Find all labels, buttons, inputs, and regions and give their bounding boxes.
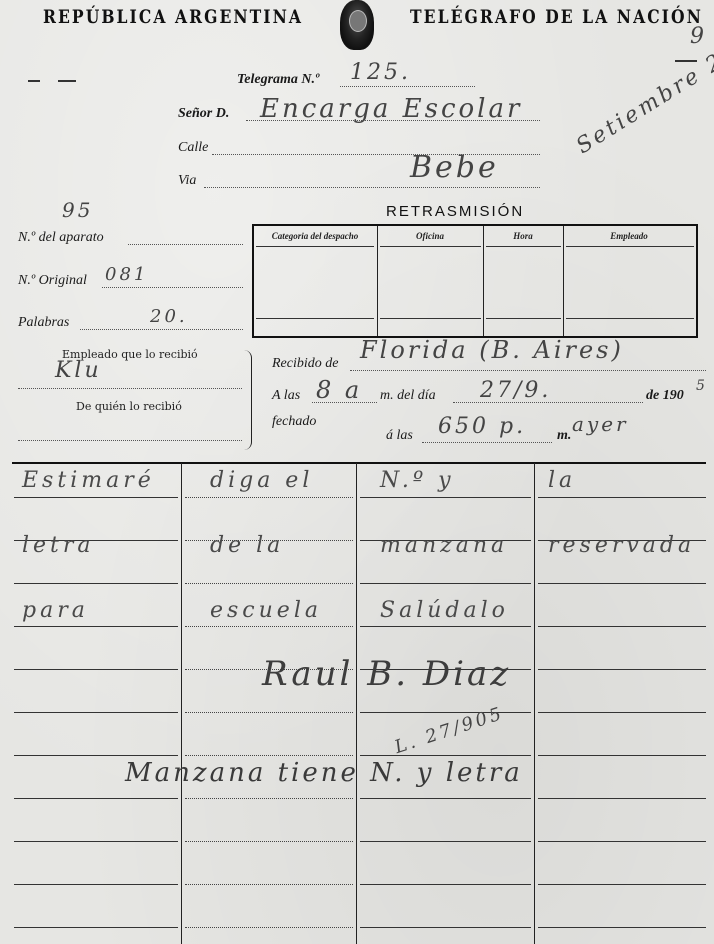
column-header: Empleado [564, 231, 694, 241]
ruled-line [14, 626, 178, 627]
at-value: 8 a [316, 376, 362, 404]
message-word: letra [22, 533, 95, 558]
annotation-note: Manzana tiene N. y letra [125, 758, 523, 788]
original-label: N.º Original [18, 273, 87, 289]
ruled-line [538, 497, 706, 498]
column-divider [181, 463, 182, 944]
ruled-line [185, 626, 353, 627]
year-value: 5 [696, 378, 708, 394]
ruled-line [14, 927, 178, 928]
ruled-line [538, 927, 706, 928]
message-word: manzana [380, 533, 508, 558]
margin-dash [58, 80, 76, 82]
street-label: Calle [178, 140, 208, 156]
message-word: escuela [210, 598, 322, 623]
original-value: 081 [105, 264, 148, 285]
message-word: de la [210, 533, 284, 558]
ruled-line [538, 712, 706, 713]
ruled-line [14, 798, 178, 799]
apparatus-line [128, 244, 243, 245]
ruled-line [360, 583, 531, 584]
apparatus-label: N.º del aparato [18, 230, 104, 246]
original-line [102, 287, 243, 288]
column-header: Oficina [378, 231, 482, 241]
message-word: la [548, 468, 576, 493]
at-label: A las [272, 388, 300, 404]
column-divider [356, 463, 357, 944]
ruled-line [14, 497, 178, 498]
column-header: Categoria del despacho [256, 231, 374, 241]
ruled-line [538, 884, 706, 885]
header-left-title: REPÚBLICA ARGENTINA [43, 6, 303, 28]
ruled-line [538, 583, 706, 584]
recipient-label: Señor D. [178, 106, 229, 122]
ruled-line [185, 583, 353, 584]
ruled-line [14, 841, 178, 842]
ruled-line [14, 712, 178, 713]
via-value: Bebe [410, 150, 499, 185]
ruled-line [14, 755, 178, 756]
brace-divider [243, 350, 252, 450]
page-number: 9 [690, 24, 707, 49]
dated-at-line [422, 442, 552, 443]
ruled-line [14, 884, 178, 885]
ruled-line [185, 884, 353, 885]
words-value: 20. [150, 306, 188, 327]
ruled-line [538, 626, 706, 627]
signature: Raul B. Diaz [262, 654, 511, 694]
ruled-line [185, 712, 353, 713]
recipient-value: Encarga Escolar [260, 94, 522, 124]
message-word: para [22, 598, 89, 623]
ruled-line [538, 669, 706, 670]
received-from-label: Recibido de [272, 356, 338, 372]
words-label: Palabras [18, 315, 69, 331]
dated-suffix-label: m. [557, 428, 571, 444]
telegram-number-label: Telegrama N.º [237, 72, 319, 88]
coat-of-arms-icon [340, 0, 374, 50]
column-divider [534, 463, 535, 944]
apparatus-value: 95 [62, 198, 93, 222]
via-line [204, 187, 540, 188]
message-top-rule [12, 462, 706, 464]
day-label: m. del día [380, 388, 436, 404]
employee-line [18, 388, 242, 389]
ruled-line [360, 884, 531, 885]
column-header: Hora [484, 231, 562, 241]
received-from-line [350, 370, 706, 371]
message-word: Estimaré [22, 468, 155, 493]
ruled-line [538, 798, 706, 799]
retransmission-table: Categoria del despacho Oficina Hora Empl… [252, 224, 698, 338]
dated-suffix-value: ayer [572, 412, 629, 436]
message-word: Salúdalo [380, 598, 509, 623]
ruled-line [360, 712, 531, 713]
ruled-line [360, 841, 531, 842]
day-value: 27/9. [480, 378, 551, 403]
ruled-line [14, 669, 178, 670]
employee-value: Klu [55, 358, 102, 383]
from-whom-label: De quién lo recibió [76, 400, 182, 413]
dated-at-label: á las [386, 428, 413, 444]
received-from-value: Florida (B. Aires) [360, 336, 624, 364]
ruled-line [185, 927, 353, 928]
ruled-line [360, 755, 531, 756]
from-whom-line [18, 440, 242, 441]
ruled-line [185, 755, 353, 756]
ruled-line [360, 497, 531, 498]
ruled-line [538, 841, 706, 842]
message-word: diga el [210, 468, 313, 493]
ruled-line [538, 755, 706, 756]
dated-label: fechado [272, 414, 316, 430]
words-line [80, 329, 243, 330]
ruled-line [185, 798, 353, 799]
telegram-number-line [340, 86, 475, 87]
dated-at-value: 650 p. [438, 414, 526, 439]
ruled-line [185, 841, 353, 842]
ruled-line [185, 497, 353, 498]
year-label: de 190 [646, 388, 684, 404]
message-word: N.º y [380, 468, 455, 493]
via-label: Via [178, 173, 196, 189]
ruled-line [360, 626, 531, 627]
header-right-title: TELÉGRAFO DE LA NACIÓN [410, 6, 703, 28]
ruled-line [360, 927, 531, 928]
margin-dash [28, 80, 40, 82]
message-word: reservada [548, 533, 695, 558]
telegram-number-value: 125. [350, 60, 411, 85]
ruled-line [360, 798, 531, 799]
ruled-line [14, 583, 178, 584]
retransmission-title: RETRASMISIÓN [386, 203, 524, 220]
